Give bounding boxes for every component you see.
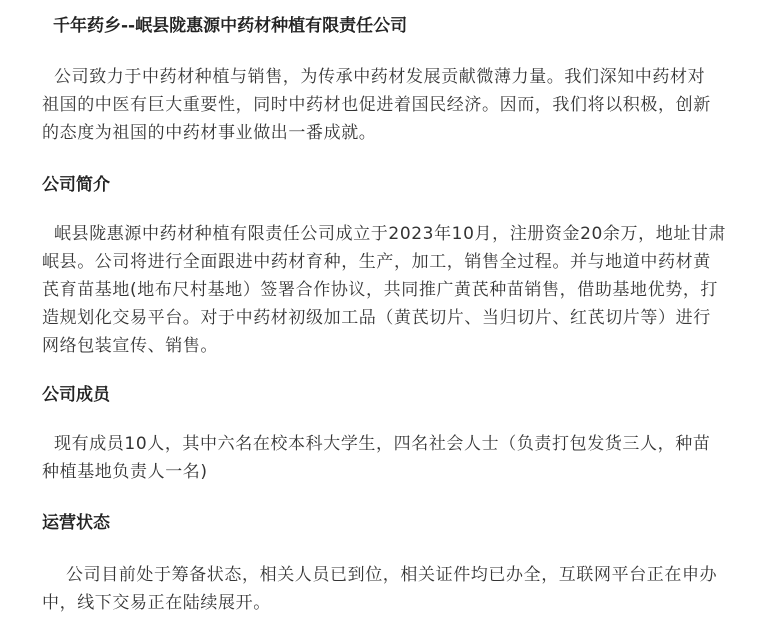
text-line: 的态度为祖国的中药材事业做出一番成就。	[42, 119, 722, 147]
members-paragraph: 现有成员10人，其中六名在校本科大学生，四名社会人士（负责打包发货三人，种苗 种…	[42, 430, 722, 486]
section-heading-operation-status: 运营状态	[42, 510, 110, 536]
text-line: 公司致力于中药材种植与销售，为传承中药材发展贡献微薄力量。我们深知中药材对	[42, 63, 722, 91]
text-line: 芪育苗基地(地布尺村基地）签署合作协议，共同推广黄芪种苗销售，借助基地优势，打	[42, 276, 722, 304]
text-line: 网络包装宣传、销售。	[42, 332, 722, 360]
text-line: 祖国的中医有巨大重要性，同时中药材也促进着国民经济。因而，我们将以积极，创新	[42, 91, 722, 119]
section-heading-company-profile: 公司简介	[42, 172, 110, 198]
section-heading-members: 公司成员	[42, 382, 110, 408]
text-line: 现有成员10人，其中六名在校本科大学生，四名社会人士（负责打包发货三人，种苗	[42, 430, 722, 458]
intro-paragraph: 公司致力于中药材种植与销售，为传承中药材发展贡献微薄力量。我们深知中药材对 祖国…	[42, 63, 722, 147]
text-line: 中，线下交易正在陆续展开。	[42, 589, 722, 617]
text-line: 种植基地负责人一名)	[42, 458, 722, 486]
text-line: 造规划化交易平台。对于中药材初级加工品（黄芪切片、当归切片、红芪切片等）进行	[42, 304, 722, 332]
company-profile-paragraph: 岷县陇惠源中药材种植有限责任公司成立于2023年10月，注册资金20余万，地址甘…	[42, 220, 722, 360]
text-line: 公司目前处于筹备状态，相关人员已到位，相关证件均已办全，互联网平台正在申办	[42, 561, 722, 589]
text-line: 岷县。公司将进行全面跟进中药材育种，生产，加工，销售全过程。并与地道中药材黄	[42, 248, 722, 276]
operation-status-paragraph: 公司目前处于筹备状态，相关人员已到位，相关证件均已办全，互联网平台正在申办 中，…	[42, 561, 722, 617]
document-title: 千年药乡--岷县陇惠源中药材种植有限责任公司	[53, 13, 407, 39]
text-line: 岷县陇惠源中药材种植有限责任公司成立于2023年10月，注册资金20余万，地址甘…	[42, 220, 722, 248]
